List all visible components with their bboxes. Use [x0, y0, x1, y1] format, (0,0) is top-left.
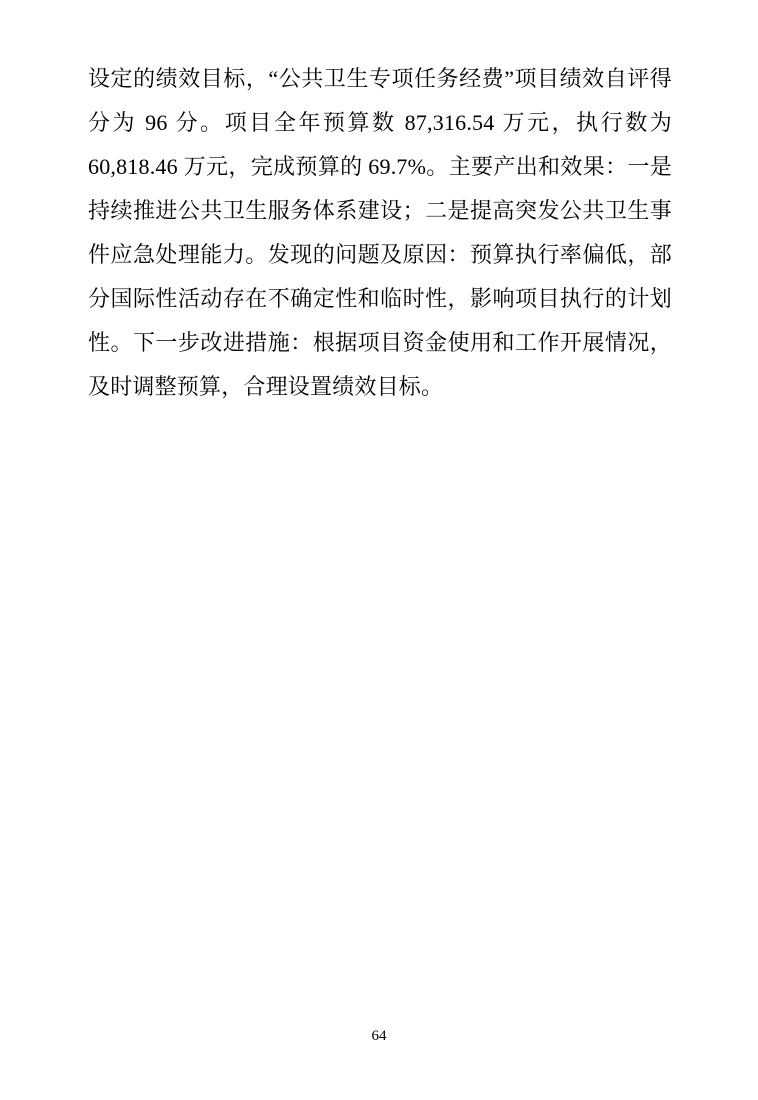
body-paragraph: 设定的绩效目标，“公共卫生专项任务经费”项目绩效自评得 分为 96 分。项目全年… [88, 57, 672, 409]
paragraph-line: 60,818.46 万元，完成预算的 69.7%。主要产出和效果：一是 [88, 145, 672, 189]
page-number: 64 [0, 1026, 758, 1046]
paragraph-line: 设定的绩效目标，“公共卫生专项任务经费”项目绩效自评得 [88, 57, 672, 101]
paragraph-line: 分国际性活动存在不确定性和临时性，影响项目执行的计划 [88, 277, 672, 321]
paragraph-line: 分为 96 分。项目全年预算数 87,316.54 万元，执行数为 [88, 101, 672, 145]
paragraph-line: 及时调整预算，合理设置绩效目标。 [88, 365, 672, 409]
document-page: 设定的绩效目标，“公共卫生专项任务经费”项目绩效自评得 分为 96 分。项目全年… [0, 0, 758, 1100]
paragraph-line: 性。下一步改进措施：根据项目资金使用和工作开展情况， [88, 321, 672, 365]
paragraph-line: 持续推进公共卫生服务体系建设；二是提高突发公共卫生事 [88, 189, 672, 233]
paragraph-line: 件应急处理能力。发现的问题及原因：预算执行率偏低，部 [88, 233, 672, 277]
